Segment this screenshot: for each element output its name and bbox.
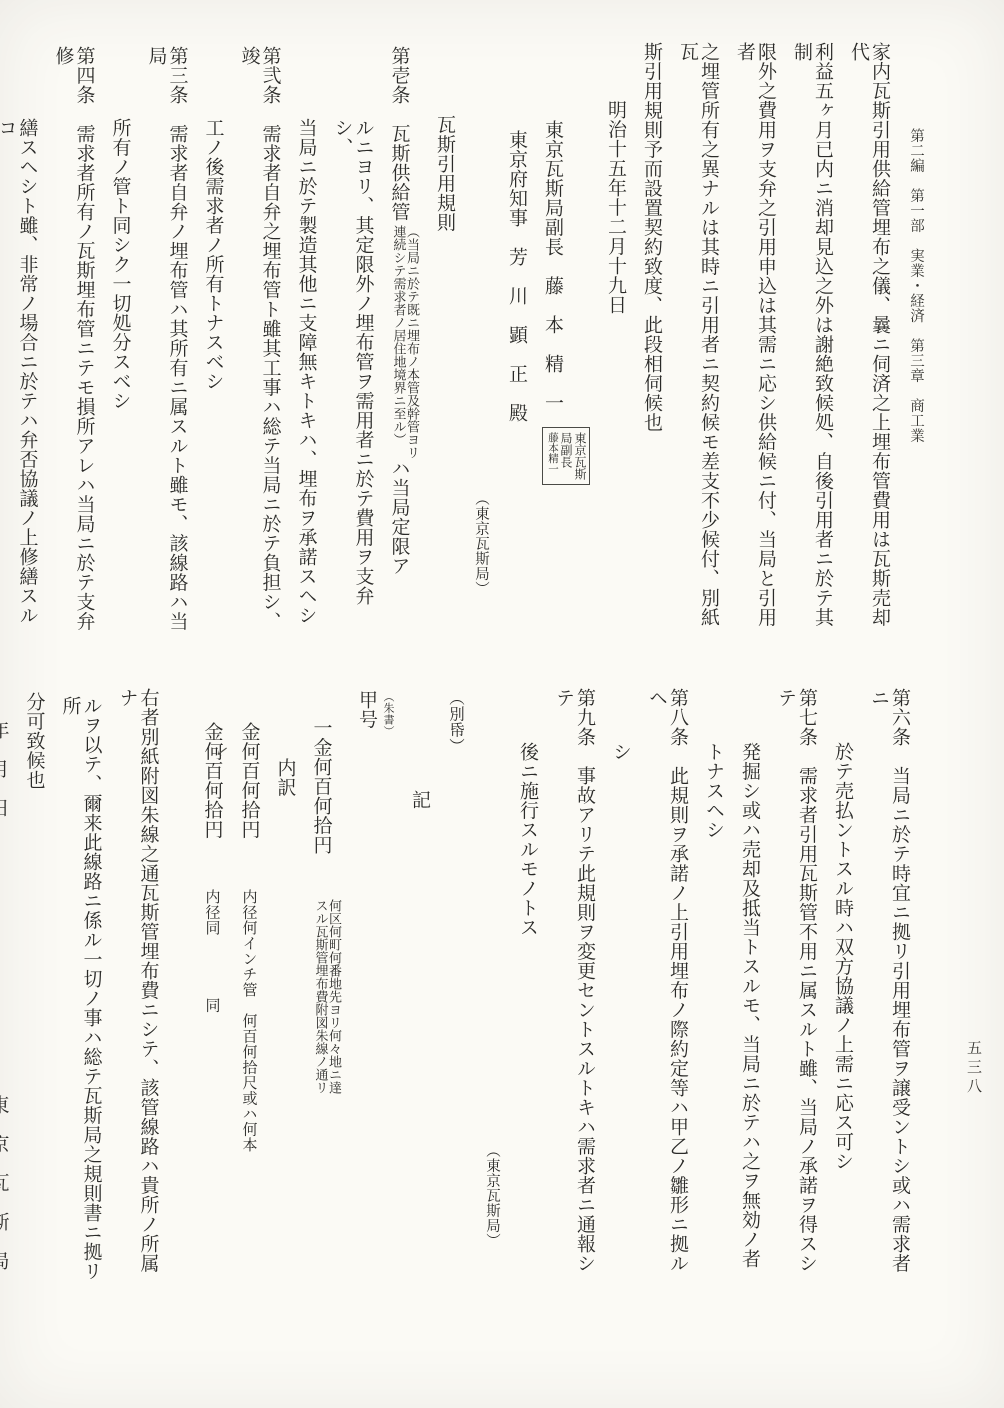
seal-line: 藤本精一 — [545, 432, 559, 480]
letter-line: 斯引用規則予而設置契約致度、此段相伺候也 — [641, 42, 662, 644]
amount-inline-note: 何区何町何番地先ヨリ何々地ニ達スル瓦斯管埋布費附図朱線ノ通リ — [314, 899, 341, 1094]
article-2: 第弐条 需求者自弁之埋布管ト雖其工事ハ総テ当局ニ於テ負担シ、竣 — [239, 42, 281, 644]
closing-line: 分可致候也 — [24, 688, 45, 1284]
sender-line: 東京瓦斯局副長 藤 本 精 一東京瓦斯局副長藤本精一 — [542, 42, 590, 644]
form-ko-label: 甲号 — [356, 688, 377, 1284]
margin-arrow-mark: ↙ — [215, 741, 230, 762]
sender-name: 東京瓦斯局副長 藤 本 精 一 — [542, 120, 563, 413]
item-amount: 金何百何拾円 — [239, 722, 260, 839]
record-heading: 記 — [409, 688, 430, 1284]
blank-date-line: 年 月 日 — [0, 720, 9, 818]
letter-date: 明治十五年十二月十九日 — [605, 42, 626, 644]
date-signature-column: 年 月 日 東 京 瓦 斯 局 — [0, 688, 9, 1284]
article-8: 第八条 此規則ヲ承諾ノ上引用埋布ノ際約定等ハ甲乙ノ雛形ニ拠ルヘ — [646, 688, 688, 1284]
source-attribution: （東京瓦斯局） — [481, 688, 502, 1284]
name-seal-stamp: 東京瓦斯局副長藤本精一 — [542, 427, 590, 485]
page-number: 五三八 — [963, 1040, 984, 1097]
appendix-label: （別帋） — [445, 688, 466, 1284]
lower-text-block: 第六条 当局ニ於テ時宜ニ拠リ引用埋布管ヲ譲受ントシ或ハ需求者ニ 於テ売払ントスル… — [0, 688, 910, 1284]
article-7-continuation: 発掘シ或ハ売却及抵当トスルモ、当局ニ於テハ之ヲ無効ノ者 — [739, 688, 760, 1284]
seal-line: 局副長 — [559, 432, 573, 480]
article-2-continuation: 工ノ後需求者ノ所有トナスベシ — [203, 42, 224, 644]
article-4-continuation: 繕スヘシト雖、非常ノ場合ニ於テハ弁否協議ノ上修繕スルコ — [0, 42, 38, 644]
article-1: 第壱条 瓦斯供給管（当局ニ於テ既ニ埋布ノ本管及幹管ヨリ連続シテ需求者ノ居住地境界… — [389, 42, 420, 644]
article-1-inline-note: （当局ニ於テ既ニ埋布ノ本管及幹管ヨリ連続シテ需求者ノ居住地境界ニ至ル） — [392, 225, 419, 459]
article-3-continuation: 所有ノ管ト同シク一切処分スベシ — [110, 42, 131, 644]
breakdown-heading: 内訳 — [275, 688, 296, 1284]
article-4: 第四条 需求者所有ノ瓦斯埋布管ニテモ損所アレハ当局ニ於テ支弁修 — [53, 42, 95, 644]
scanned-book-page: 第二編 第一部 実業・経済 第三章 商工業 家内瓦斯引用供給管埋布之儀、曩ニ伺済… — [0, 0, 1004, 1408]
seal-line: 東京瓦斯 — [573, 432, 587, 480]
item-spec: 内径何インチ管 何百何拾尺或ハ何本 — [241, 889, 257, 1153]
note-line: 何区何町何番地先ヨリ何々地ニ達 — [328, 899, 342, 1094]
red-ink-note: （朱書） — [381, 688, 394, 1284]
item-spec: 内径同 同 — [204, 889, 220, 1013]
source-attribution: （東京瓦斯局） — [470, 42, 491, 644]
article-1-head: 第壱条 瓦斯供給管 — [389, 46, 410, 222]
closing-line: 右者別紙附図朱線之通瓦斯管埋布費ニシテ、該管線路ハ貴所ノ所属ナ — [117, 688, 159, 1284]
article-7: 第七条 需求者引用瓦斯管不用ニ属スルト雖、当局ノ承諾ヲ得スシテ — [775, 688, 817, 1284]
closing-line: ルヲ以テ、爾来此線路ニ係ル一切ノ事ハ総テ瓦斯局之規則書ニ拠リ所 — [60, 688, 102, 1284]
recipient-line: 東京府知事 芳 川 顕 正 殿 — [506, 42, 527, 644]
article-1-tail: ハ当局定限ア — [389, 459, 410, 576]
article-6-continuation: 於テ売払ントスル時ハ双方協議ノ上需ニ応ス可シ — [832, 688, 853, 1284]
article-1-continuation: 当局ニ於テ製造其他ニ支障無キトキハ、埋布ヲ承諾スヘシ — [296, 42, 317, 644]
letter-line: 之埋管所有之異ナルは其時ニ引用者ニ契約候モ差支不少候付、別紙瓦 — [677, 42, 719, 644]
letter-line: 家内瓦斯引用供給管埋布之儀、曩ニ伺済之上埋布管費用は瓦斯売却代 — [848, 42, 890, 644]
article-8-continuation: シ — [610, 688, 631, 1284]
total-amount-line: 一金何百何拾円何区何町何番地先ヨリ何々地ニ達スル瓦斯管埋布費附図朱線ノ通リ — [311, 688, 342, 1284]
upper-text-block: 第二編 第一部 実業・経済 第三章 商工業 家内瓦斯引用供給管埋布之儀、曩ニ伺済… — [0, 42, 926, 644]
article-9-continuation: 後ニ施行スルモノトス — [517, 688, 538, 1284]
article-9: 第九条 事故アリテ此規則ヲ変更セントスルトキハ需求者ニ通報シテ — [553, 688, 595, 1284]
breakdown-item: 金何百何拾円内径同 同 — [201, 688, 223, 1284]
article-6: 第六条 当局ニ於テ時宜ニ拠リ引用埋布管ヲ譲受ントシ或ハ需求者ニ — [868, 688, 910, 1284]
running-header: 第二編 第一部 実業・経済 第三章 商工業 — [905, 42, 926, 644]
total-amount: 一金何百何拾円 — [311, 718, 332, 855]
article-1-continuation: ルニヨリ、其定限外ノ埋布管ヲ需用者ニ於テ費用ヲ支弁シ、 — [332, 42, 374, 644]
note-line: スル瓦斯管埋布費附図朱線ノ通リ — [314, 899, 328, 1094]
note-line: （当局ニ於テ既ニ埋布ノ本管及幹管ヨリ — [406, 225, 420, 459]
note-line: 連続シテ需求者ノ居住地境界ニ至ル） — [392, 225, 406, 459]
letter-line: 利益五ヶ月已内ニ消却見込之外は謝絶致候処、自後引用者ニ於テ其制 — [791, 42, 833, 644]
letter-line: 限外之費用ヲ支弁之引用申込は其需ニ応シ供給候ニ付、当局と引用者 — [734, 42, 776, 644]
article-3: 第三条 需求者自弁ノ埋布管ハ其所有ニ属スルト雖モ、該線路ハ当局 — [146, 42, 188, 644]
signature-tokyo-gas: 東 京 瓦 斯 局 — [0, 1095, 9, 1271]
regulations-title: 瓦斯引用規則 — [434, 42, 455, 644]
article-7-continuation: トナスヘシ — [703, 688, 724, 1284]
breakdown-item: 金何百何拾円内径何インチ管 何百何拾尺或ハ何本 — [238, 688, 260, 1284]
item-amount: 金何百何拾円 — [202, 722, 223, 839]
